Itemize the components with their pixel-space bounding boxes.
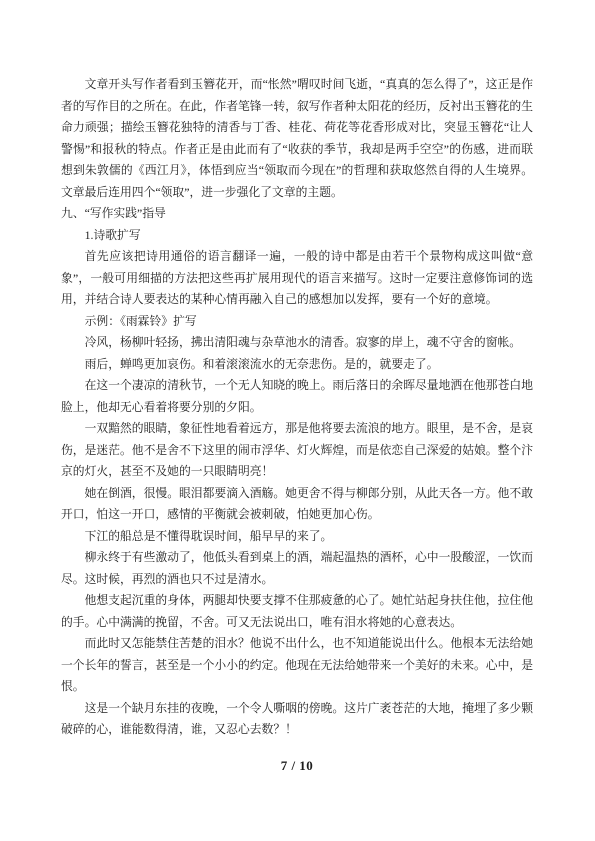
paragraph-example-5: 她在倒酒，很慢。眼泪都要滴入酒觞。她更舍不得与柳郎分别，从此天各一方。他不敢开口… <box>61 483 533 526</box>
paragraph-example-10: 这是一个缺月东挂的夜晚，一个令人嘶咽的傍晚。这片广袤苍茫的大地，掩埋了多少颗破碎… <box>61 698 533 741</box>
paragraph-example-9: 而此时又怎能禁住苦楚的泪水？他说不出什么，也不知道能说出什么。他根本无法给她一个… <box>61 633 533 698</box>
document-body: 文章开头写作者看到玉簪花开，而“怅然”喟叹时间飞逝，“真真的怎么得了”，这正是作… <box>61 74 533 741</box>
example-title: 示例：《雨霖铃》扩写 <box>61 311 533 333</box>
paragraph-example-1: 冷风，杨柳叶轻扬，拂出清阳魂与杂草池水的清香。寂寥的岸上，魂不守舍的窗帐。 <box>61 332 533 354</box>
section-heading-writing-practice: 九、“写作实践”指导 <box>61 203 533 225</box>
paragraph-example-2: 雨后，蝉鸣更加哀伤。和着滚滚流水的无奈悲伤。是的，就要走了。 <box>61 354 533 376</box>
paragraph-example-7: 柳永终于有些激动了，他低头看到桌上的酒，端起温热的酒杯，心中一股酸涩，一饮而尽。… <box>61 547 533 590</box>
paragraph-method-guidance: 首先应该把诗用通俗的语言翻译一遍，一般的诗中都是由若干个景物构成这叫做“意象”，… <box>61 246 533 311</box>
paragraph-analysis: 文章开头写作者看到玉簪花开，而“怅然”喟叹时间飞逝，“真真的怎么得了”，这正是作… <box>61 74 533 203</box>
paragraph-example-8: 他想支起沉重的身体，两腿却快要支撑不住那疲惫的心了。她忙站起身扶住他，拉住他的手… <box>61 590 533 633</box>
page-number: 7 / 10 <box>61 758 533 774</box>
paragraph-example-4: 一双黯然的眼睛，象征性地看着远方，那是他将要去流浪的地方。眼里，是不舍，是哀伤，… <box>61 418 533 483</box>
document-page: 文章开头写作者看到玉簪花开，而“怅然”喟叹时间飞逝，“真真的怎么得了”，这正是作… <box>0 0 595 841</box>
paragraph-example-3: 在这一个凄凉的清秋节，一个无人知晓的晚上。雨后落日的余晖尽量地洒在他那苍白地脸上… <box>61 375 533 418</box>
subsection-label-poem-expansion: 1.诗歌扩写 <box>61 225 533 247</box>
paragraph-example-6: 下江的船总是不懂得耽误时间，船早早的来了。 <box>61 526 533 548</box>
